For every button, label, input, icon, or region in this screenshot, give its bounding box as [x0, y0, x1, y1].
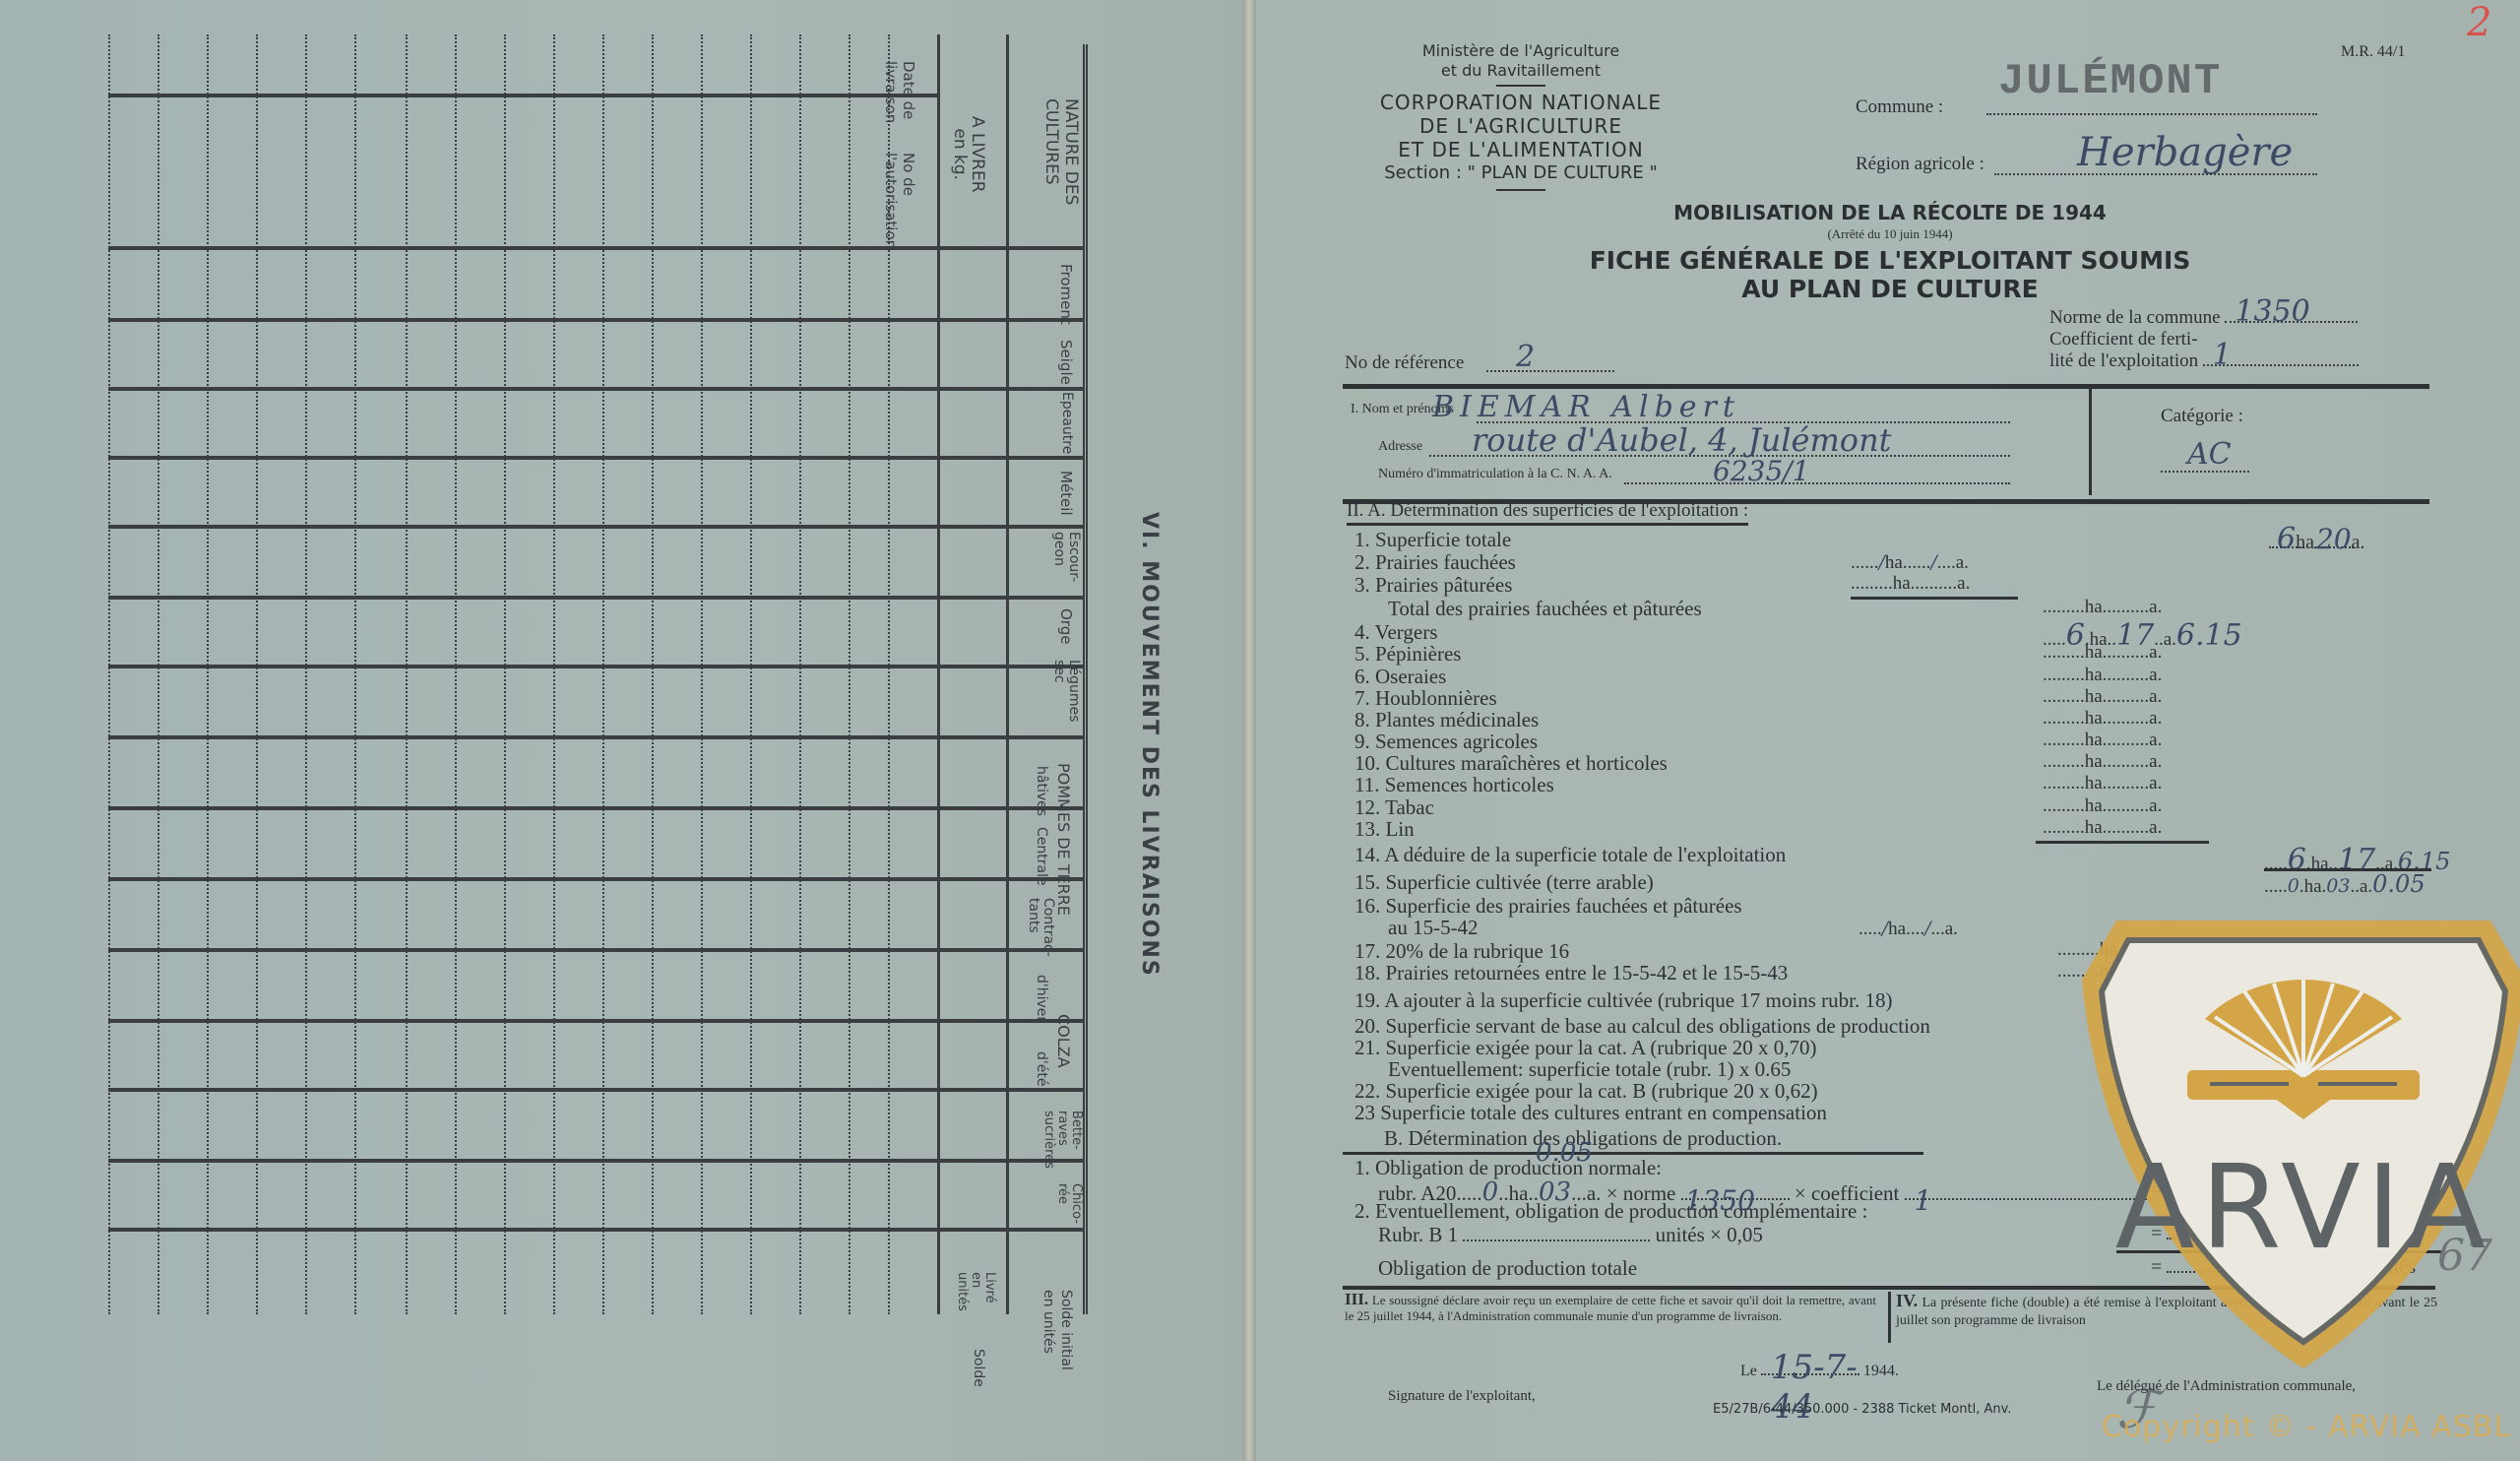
norme-field[interactable]: 1350 [2225, 321, 2358, 323]
crop-orge: Orge [1057, 608, 1075, 644]
houblonnieres-field[interactable]: .........ha..........a. [2043, 686, 2162, 708]
oseraies-field[interactable]: .........ha..........a. [2043, 665, 2162, 686]
book-spine [1242, 0, 1256, 1461]
crop-seigle: Seigle [1057, 340, 1075, 385]
commune-label: Commune : [1856, 96, 1943, 118]
crop-epeautre: Epeautre [1059, 392, 1075, 454]
section-2a-title: II. A. Détermination des superficies de … [1347, 500, 1748, 526]
crop-pdt-centrale: Centrale [1034, 827, 1049, 886]
commune-field[interactable] [1986, 113, 2317, 115]
svg-text:ARVIA: ARVIA [2115, 1139, 2492, 1275]
reference-field[interactable] [1486, 370, 1614, 372]
livre-en-unites-header: Livré en unités [955, 1272, 996, 1321]
prairies-15-5-42-field[interactable]: ...../ha..../...a. [1858, 918, 1958, 940]
cnaa-value: 6235/1 [1713, 455, 1810, 487]
rubrique-5: 5. Pépinières [1354, 642, 1461, 667]
adresse-label: Adresse [1378, 439, 1422, 455]
rubrique-15: 15. Superficie cultivée (terre arable) [1354, 870, 1654, 895]
crop-meteil: Méteil [1057, 471, 1075, 516]
printer-imprint: E5/27B/6-44/350.000 - 2388 Ticket Montl,… [1713, 1402, 2011, 1417]
coef-field[interactable]: 1 [2203, 364, 2359, 366]
crop-legumes-secs: Légumes sec [1051, 660, 1081, 729]
region-label: Région agricole : [1856, 154, 1984, 175]
title-fiche: FICHE GÉNÉRALE DE L'EXPLOITANT SOUMIS AU… [1555, 246, 2225, 303]
solde-initial-header: Solde initial en unités [1039, 1290, 1075, 1370]
prairies-fauchees-field[interactable]: ....../ha....../....a. [1851, 551, 1969, 574]
autorisation-header: No de l'autorisation [882, 153, 917, 249]
rubrique-13: 13. Lin [1354, 817, 1415, 842]
title-mobilisation: MOBILISATION DE LA RÉCOLTE DE 1944 [1555, 201, 2225, 224]
form-code: M.R. 44/1 [2341, 43, 2405, 61]
obligation-complementaire-line: Rubr. B 1 unités × 0,05 [1378, 1223, 1763, 1247]
nature-cultures-header: NATURE DES CULTURES [1041, 98, 1081, 236]
reference-label: No de référence [1345, 352, 1464, 374]
plantes-medicinales-field[interactable]: .........ha..........a. [2043, 708, 2162, 730]
crop-colza-ete: d'été [1034, 1051, 1049, 1086]
rubrique-23: 23 Superficie totale des cultures entran… [1354, 1101, 1827, 1125]
obligation-totale-label: Obligation de production totale [1378, 1256, 1637, 1281]
group-pommes-de-terre: POMMES DE TERRE [1054, 763, 1073, 916]
date-livraison-header: Date de livraison [882, 61, 917, 123]
superficie-cultivee-field[interactable]: .....0.ha.03..a.0.05 [2264, 870, 2425, 898]
crop-pdt-hatives: hâtives [1034, 766, 1049, 816]
section-vi-title: VI. MOUVEMENT DES LIVRAISONS [1137, 512, 1162, 978]
obligation-normale-note: 0.05 [1536, 1138, 1593, 1168]
rubrique-1: 1. Superficie totale [1354, 528, 1511, 552]
norme-coef-block: Norme de la commune 1350 Coefficient de … [2049, 307, 2359, 372]
copyright-watermark: Copyright © - ARVIA ASBL [2102, 1410, 2511, 1444]
semences-horticoles-field[interactable]: .........ha..........a. [2043, 773, 2162, 794]
section-iii-text: III. Le soussigné déclare avoir reçu un … [1345, 1292, 1876, 1324]
ministry-header: Ministère de l'Agriculture et du Ravitai… [1358, 41, 1683, 195]
rubrique-14: 14. A déduire de la superficie totale de… [1354, 843, 1786, 867]
date-line[interactable]: Le 15-7-44 1944. [1740, 1363, 1899, 1380]
arvia-watermark-logo: ARVIA [2077, 901, 2520, 1373]
commune-stamp: JULÉMONT [1998, 57, 2222, 106]
crop-froment: Froment [1057, 264, 1075, 325]
rubrique-2: 2. Prairies fauchées [1354, 550, 1516, 575]
rubrique-16-date: au 15-5-42 [1388, 916, 1479, 940]
region-value: Herbagère [2077, 130, 2293, 175]
prairies-paturees-field[interactable]: .........ha..........a. [1851, 573, 1970, 595]
superficie-totale-field[interactable]: 6ha20a. [2269, 522, 2365, 556]
cultures-maraicheres-field[interactable]: .........ha..........a. [2043, 751, 2162, 773]
cnaa-label: Numéro d'immatriculation à la C. N. A. A… [1378, 467, 1612, 482]
adresse-value: route d'Aubel, 4, Julémont [1472, 421, 1892, 459]
categorie-label: Catégorie : [2161, 406, 2243, 427]
tabac-field[interactable]: .........ha..........a. [2043, 795, 2162, 817]
crop-chicoree: Chico-rée [1055, 1183, 1083, 1233]
lin-field[interactable]: .........ha..........a. [2043, 817, 2162, 839]
rubrique-19: 19. A ajouter à la superficie cultivée (… [1354, 988, 1892, 1013]
reference-value: 2 [1516, 340, 1535, 374]
nom-value: BIEMAR Albert [1432, 390, 1740, 424]
total-prairies-field[interactable]: .........ha..........a. [2043, 597, 2162, 618]
categorie-value: AC [2187, 437, 2232, 472]
solde-header: Solde [971, 1349, 986, 1387]
arrete-date: (Arrêté du 10 juin 1944) [1555, 226, 2225, 242]
semences-agricoles-field[interactable]: .........ha..........a. [2043, 730, 2162, 751]
group-colza: COLZA [1054, 1014, 1073, 1068]
page-number-mark: 2 [2467, 0, 2491, 45]
rubrique-total-prairies: Total des prairies fauchées et pâturées [1388, 597, 1702, 621]
crop-colza-hiver: d'hiver [1034, 975, 1049, 1022]
a-livrer-header: A LIVRER en kg. [951, 116, 986, 193]
pepinieres-field[interactable]: .........ha..........a. [2043, 642, 2162, 664]
cnaa-field[interactable] [1624, 482, 2010, 484]
signature-exploitant-label: Signature de l'exploitant, [1388, 1388, 1536, 1405]
rubrique-3: 3. Prairies pâturées [1354, 573, 1512, 598]
crop-betteraves-sucrieres: Bette-raves sucrières [1041, 1111, 1083, 1174]
obligation-complementaire-label: 2. Eventuellement, obligation de product… [1354, 1199, 1867, 1224]
rubrique-11: 11. Semences horticoles [1354, 773, 1554, 797]
rubrique-18: 18. Prairies retournées entre le 15-5-42… [1354, 961, 1788, 985]
crop-pdt-contractants: Contrac-tants [1026, 898, 1055, 957]
crop-escourgeon: Escour-geon [1051, 532, 1081, 601]
